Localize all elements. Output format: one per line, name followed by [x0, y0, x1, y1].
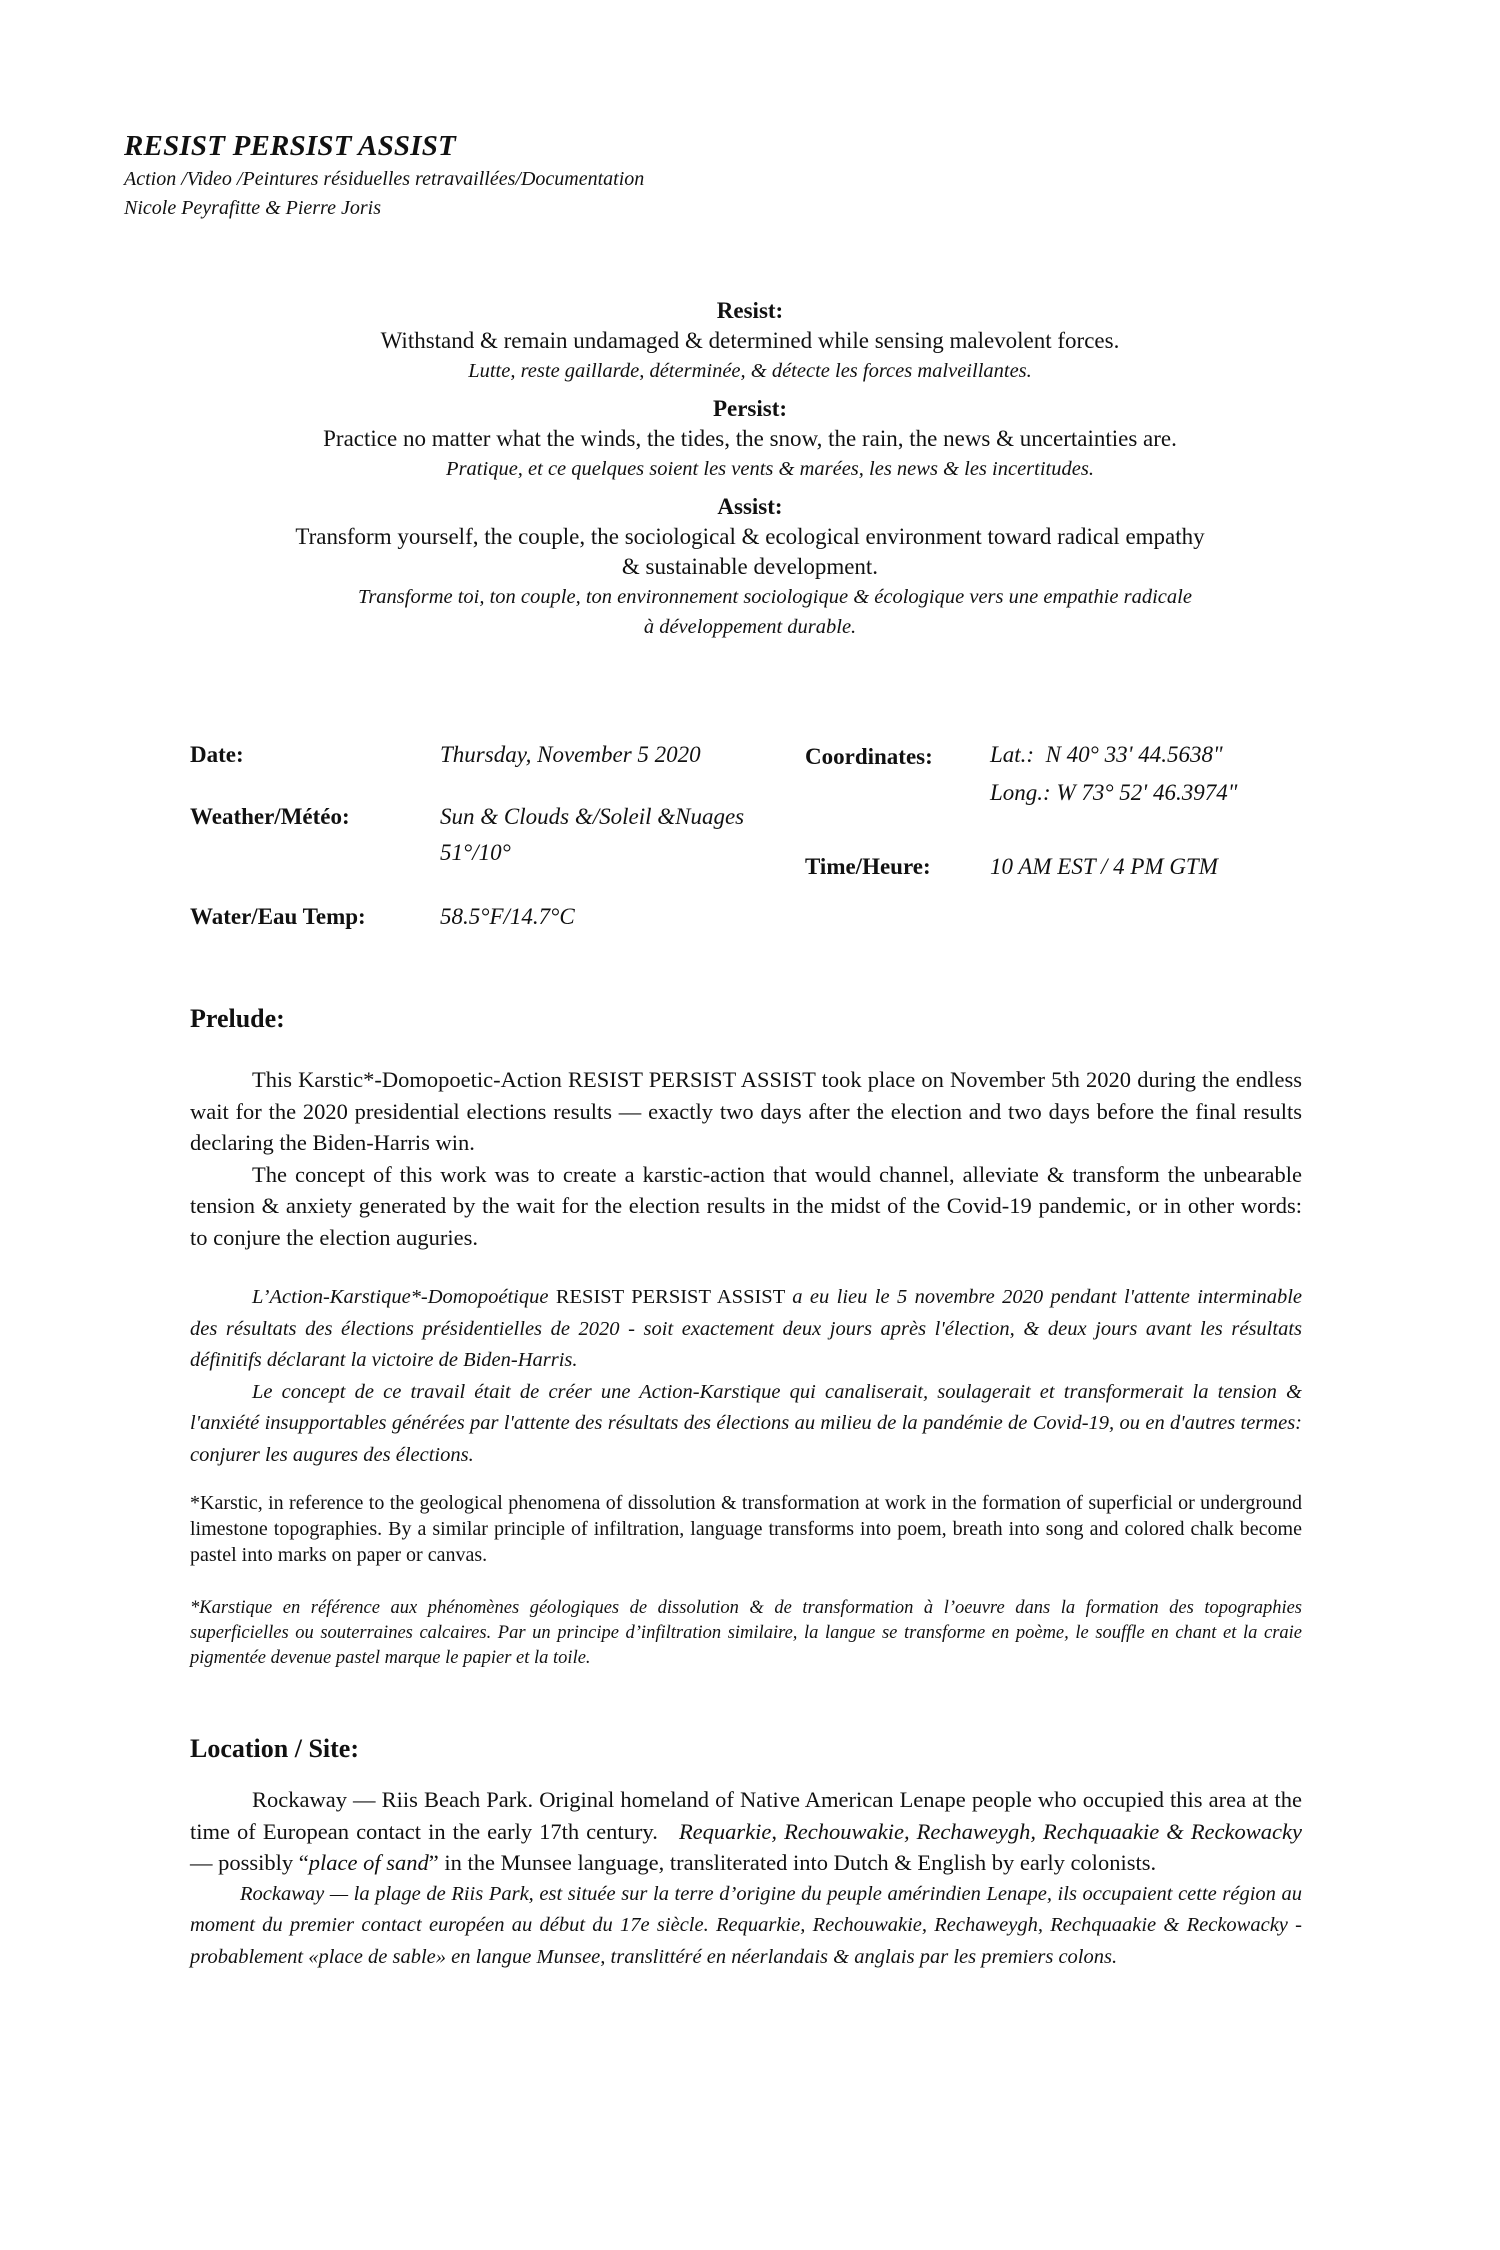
info-table: Date: Thursday, November 5 2020 Weather/… — [190, 742, 1310, 942]
karstic-footnote-english: *Karstic, in reference to the geological… — [190, 1490, 1302, 1568]
prelude-english: This Karstic*-Domopoetic-Action RESIST P… — [190, 1064, 1302, 1253]
persist-heading: Persist: — [190, 394, 1310, 424]
assist-french-line1: Transforme toi, ton couple, ton environn… — [190, 582, 1310, 612]
prelude-heading: Prelude: — [190, 1004, 285, 1034]
prelude-french-paragraph-2: Le concept de ce travail était de créer … — [190, 1377, 1302, 1472]
prelude-french-title: RESIST PERSIST ASSIST — [548, 1286, 792, 1308]
time-label: Time/Heure: — [805, 854, 931, 880]
assist-heading: Assist: — [190, 492, 1310, 522]
persist-french: Pratique, et ce quelques soient les vent… — [190, 454, 1310, 484]
time-value: 10 AM EST / 4 PM GTM — [990, 854, 1218, 880]
document-authors: Nicole Peyrafitte & Pierre Joris — [124, 197, 381, 220]
weather-label: Weather/Météo: — [190, 804, 350, 830]
prelude-french-lead: L’Action-Karstique*-Domopoétique — [252, 1286, 548, 1308]
manifesto: Resist: Withstand & remain undamaged & d… — [190, 296, 1310, 642]
location-english-mid: — possibly “ — [190, 1850, 309, 1875]
assist-english-line1: Transform yourself, the couple, the soci… — [190, 522, 1310, 552]
water-temp-value: 58.5°F/14.7°C — [440, 904, 575, 930]
location-english-end: ” in the Munsee language, transliterated… — [429, 1850, 1156, 1875]
latitude-value: Lat.: N 40° 33' 44.5638" — [990, 742, 1223, 768]
location-native-names: Requarkie, Rechouwakie, Rechaweygh, Rech… — [679, 1819, 1302, 1844]
karstic-note-french: *Karstique en référence aux phénomènes g… — [190, 1596, 1302, 1671]
document-page: RESIST PERSIST ASSIST Action /Video /Pei… — [0, 0, 1500, 2250]
location-body: Rockaway — Riis Beach Park. Original hom… — [190, 1784, 1302, 1973]
weather-value: Sun & Clouds &/Soleil &Nuages — [440, 804, 744, 830]
persist-english: Practice no matter what the winds, the t… — [190, 424, 1310, 454]
date-value: Thursday, November 5 2020 — [440, 742, 701, 768]
document-subtitle: Action /Video /Peintures résiduelles ret… — [124, 168, 644, 191]
resist-french: Lutte, reste gaillarde, déterminée, & dé… — [190, 356, 1310, 386]
document-title: RESIST PERSIST ASSIST — [124, 130, 456, 163]
longitude-value: Long.: W 73° 52' 46.3974" — [990, 780, 1237, 806]
prelude-french-paragraph-1: L’Action-Karstique*-Domopoétique RESIST … — [190, 1282, 1302, 1377]
resist-english: Withstand & remain undamaged & determine… — [190, 326, 1310, 356]
karstic-note-english: *Karstic, in reference to the geological… — [190, 1490, 1302, 1568]
date-label: Date: — [190, 742, 244, 768]
location-french: Rockaway — la plage de Riis Park, est si… — [190, 1879, 1302, 1974]
karstic-footnote-french: *Karstique en référence aux phénomènes g… — [190, 1596, 1302, 1671]
assist-french-line2: à développement durable. — [190, 612, 1310, 642]
resist-heading: Resist: — [190, 296, 1310, 326]
prelude-english-paragraph-2: The concept of this work was to create a… — [190, 1159, 1302, 1254]
water-temp-label: Water/Eau Temp: — [190, 904, 366, 930]
location-english: Rockaway — Riis Beach Park. Original hom… — [190, 1784, 1302, 1879]
prelude-french: L’Action-Karstique*-Domopoétique RESIST … — [190, 1282, 1302, 1471]
assist-english-line2: & sustainable development. — [190, 552, 1310, 582]
prelude-english-paragraph-1: This Karstic*-Domopoetic-Action RESIST P… — [190, 1064, 1302, 1159]
coordinates-label: Coordinates: — [805, 744, 933, 770]
weather-temp: 51°/10° — [440, 840, 511, 866]
location-heading: Location / Site: — [190, 1734, 359, 1764]
location-place-of-sand: place of sand — [309, 1850, 429, 1875]
